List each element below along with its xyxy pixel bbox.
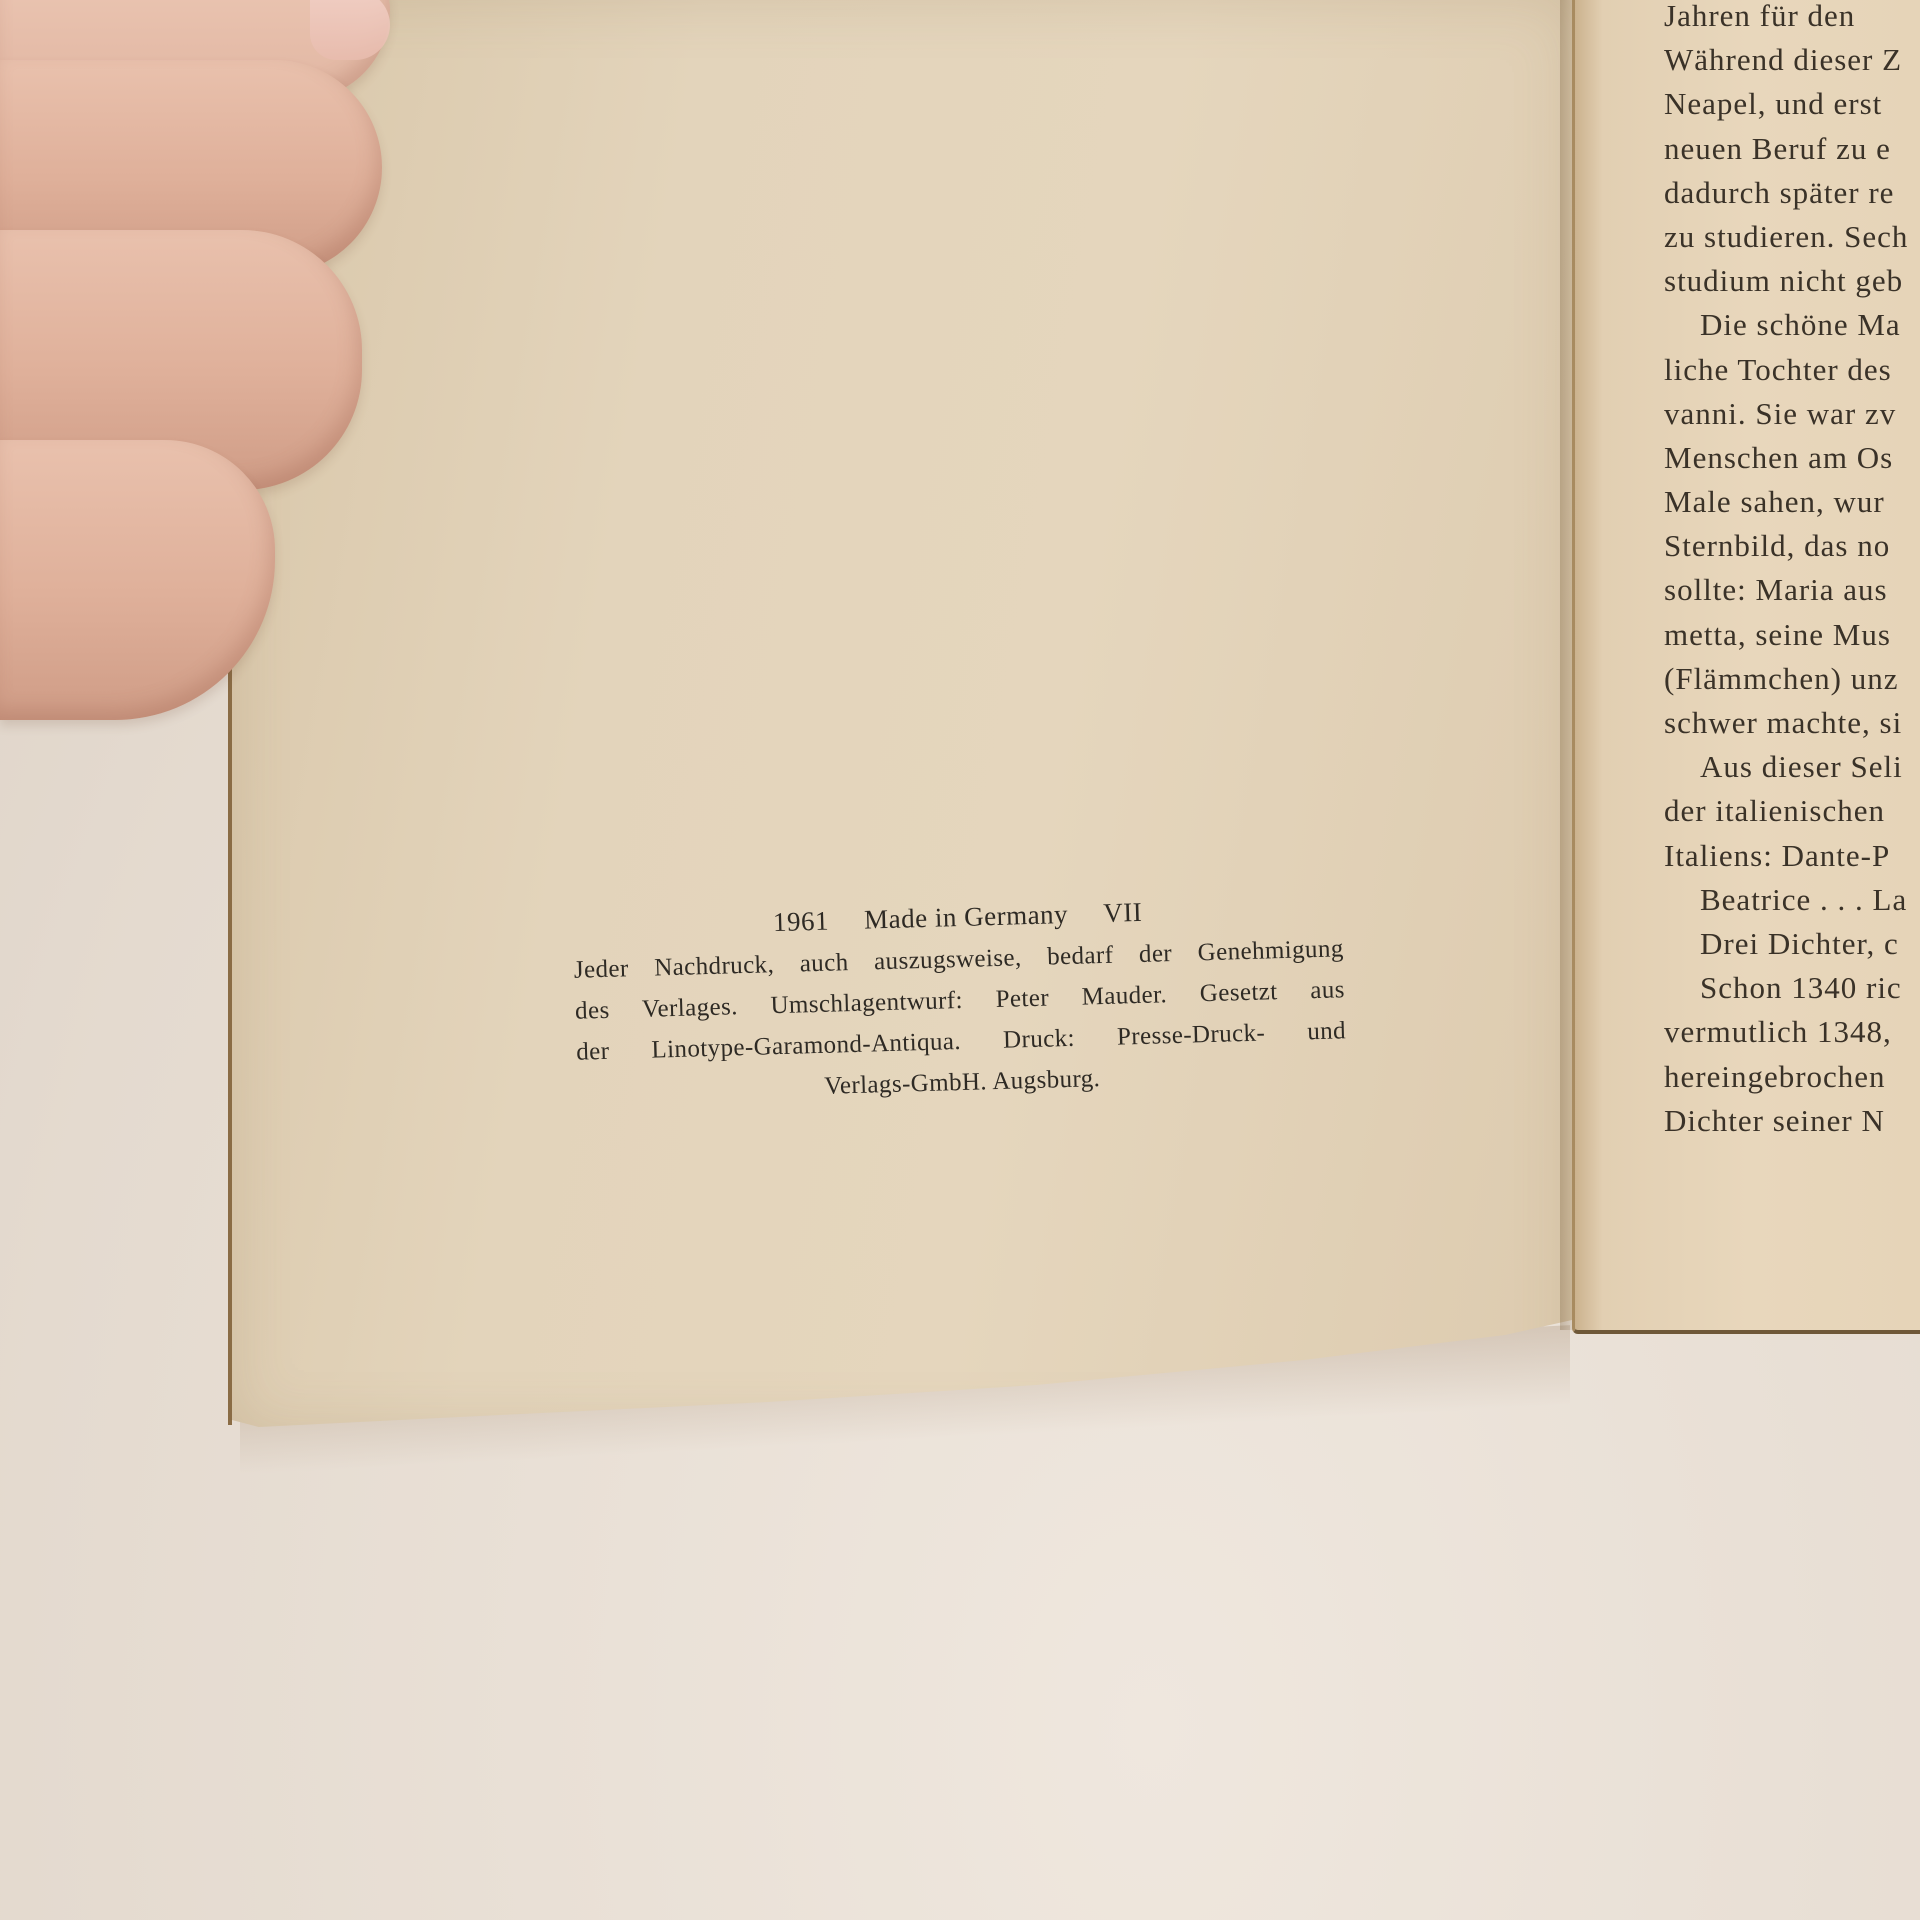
left-page: [232, 0, 1572, 1430]
text-line: liche Tochter des: [1664, 348, 1920, 392]
text-line: neuen Beruf zu e: [1664, 127, 1920, 171]
finger: [0, 440, 275, 720]
text-line: (Flämmchen) unz: [1664, 657, 1920, 701]
text-line: vanni. Sie war zv: [1664, 392, 1920, 436]
text-line: Beatrice . . . La: [1664, 878, 1920, 922]
text-line: Die schöne Ma: [1664, 303, 1920, 347]
fingernail: [310, 0, 390, 60]
text-line: Jahren für den: [1664, 0, 1920, 38]
text-line: der italienischen: [1664, 789, 1920, 833]
text-line: Drei Dichter, c: [1664, 922, 1920, 966]
text-line: Aus dieser Seli: [1664, 745, 1920, 789]
text-line: metta, seine Mus: [1664, 613, 1920, 657]
text-line: Neapel, und erst: [1664, 82, 1920, 126]
imprint-year: 1961: [773, 906, 830, 938]
text-line: Während dieser Z: [1664, 38, 1920, 82]
text-line: Schon 1340 ric: [1664, 966, 1920, 1010]
text-line: studium nicht geb: [1664, 259, 1920, 303]
text-line: Male sahen, wur: [1664, 480, 1920, 524]
text-line: Italiens: Dante-P: [1664, 834, 1920, 878]
hand: [0, 0, 400, 730]
text-line: zu studieren. Sech: [1664, 215, 1920, 259]
text-line: Sternbild, das no: [1664, 524, 1920, 568]
text-line: Dichter seiner N: [1664, 1099, 1920, 1143]
imprint-block: 1961 Made in Germany VII Jeder Nachdruck…: [572, 891, 1347, 1113]
text-line: dadurch später re: [1664, 171, 1920, 215]
text-line: sollte: Maria aus: [1664, 568, 1920, 612]
imprint-made-in: Made in Germany: [864, 899, 1069, 935]
text-line: hereingebrochen: [1664, 1055, 1920, 1099]
text-line: Menschen am Os: [1664, 436, 1920, 480]
text-line: schwer machte, si: [1664, 701, 1920, 745]
right-page-text: Jahren für den Während dieser Z Neapel, …: [1664, 0, 1920, 1143]
text-line: vermutlich 1348,: [1664, 1010, 1920, 1054]
imprint-edition: VII: [1103, 897, 1143, 928]
